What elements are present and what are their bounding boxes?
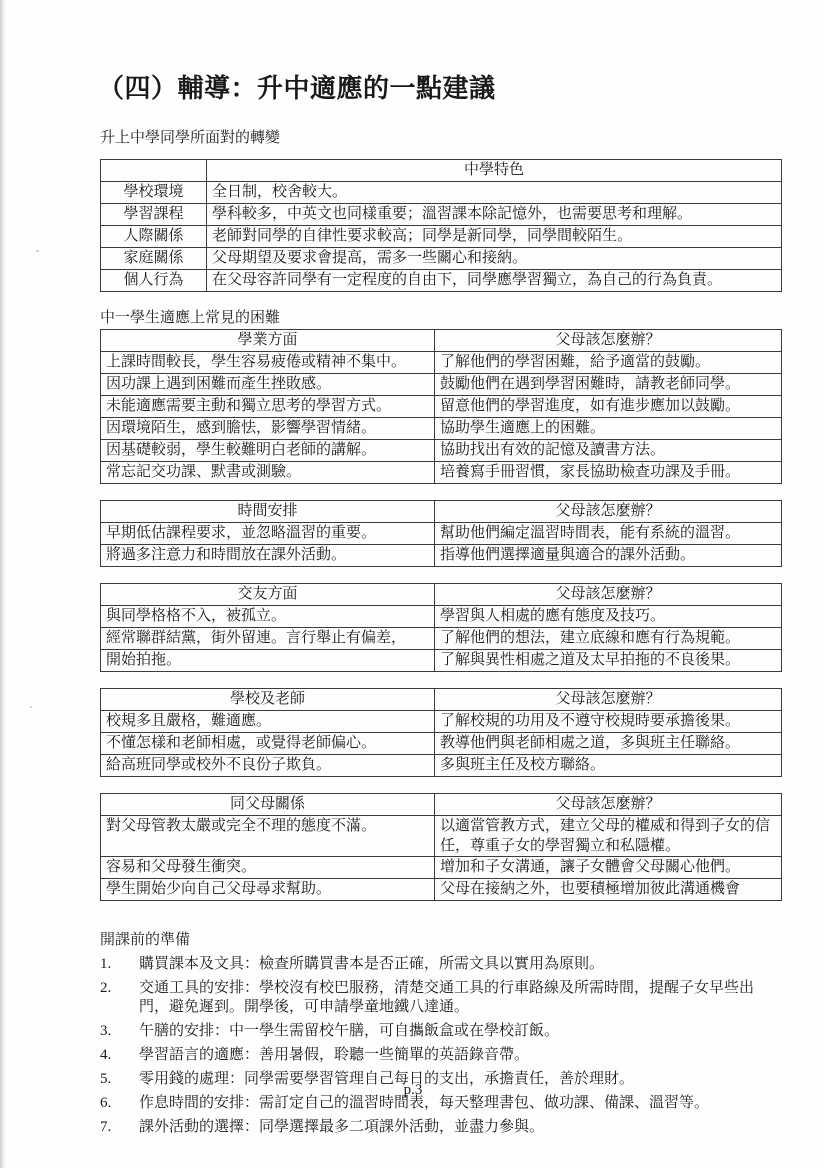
cell-text: 協助學生適應上的困難。 — [435, 418, 782, 440]
table-row: 學生開始少向自己父母尋求幫助。 父母在接納之外，也要積極增加彼此溝通機會 — [101, 879, 782, 901]
column-header: 學校及老師 — [101, 689, 435, 711]
table-parent-relationship: 同父母關係 父母該怎麼辦？ 對父母管教太嚴或完全不理的態度不滿。 以適當管教方式… — [100, 793, 782, 901]
table-header-row: 學校及老師 父母該怎麼辦？ — [101, 689, 782, 711]
cell-text: 學習與人相處的應有態度及技巧。 — [435, 606, 782, 628]
page-number: p.3 — [0, 1082, 826, 1099]
cell-text: 早期低估課程要求，並忽略溫習的重要。 — [101, 523, 435, 545]
table-row: 因環境陌生，感到膽怯，影響學習情緒。 協助學生適應上的困難。 — [101, 418, 782, 440]
table-academic: 學業方面 父母該怎麼辦？ 上課時間較長，學生容易疲倦或精神不集中。 了解他們的學… — [100, 329, 782, 484]
list-item: 4. 學習語言的適應：善用暑假，聆聽一些簡單的英語錄音帶。 — [100, 1046, 782, 1065]
list-item-number: 2. — [100, 979, 139, 1017]
cell-text: 增加和子女溝通，讓子女體會父母關心他們。 — [435, 857, 782, 879]
document-title: （四）輔導：升中適應的一點建議 — [98, 68, 782, 105]
cell-text: 校規多且嚴格，難適應。 — [101, 711, 435, 733]
changes-heading: 升上中學同學所面對的轉變 — [100, 126, 782, 147]
table-row: 未能適應需要主動和獨立思考的學習方式。 留意他們的學習進度，如有進步應加以鼓勵。 — [101, 396, 782, 418]
cell-text: 學科較多，中英文也同樣重要；溫習課本除記憶外，也需要思考和理解。 — [207, 204, 782, 226]
table-row: 個人行為 在父母容許同學有一定程度的自由下，同學應學習獨立，為自己的行為負責。 — [101, 270, 782, 292]
cell-text: 將過多注意力和時間放在課外活動。 — [101, 545, 435, 567]
table-row: 給高班同學或校外不良份子欺負。 多與班主任及校方聯絡。 — [101, 755, 782, 777]
scan-speck — [36, 250, 39, 252]
difficulties-heading: 中一學生適應上常見的困難 — [100, 306, 782, 327]
cell-text: 學生開始少向自己父母尋求幫助。 — [101, 879, 435, 901]
table-row: 開始拍拖。 了解與異性相處之道及太早拍拖的不良後果。 — [101, 650, 782, 672]
table-header-row: 學業方面 父母該怎麼辦？ — [101, 330, 782, 352]
cell-text: 因基礎較弱，學生較難明白老師的講解。 — [101, 440, 435, 462]
cell-text: 了解他們的想法，建立底線和應有行為規範。 — [435, 628, 782, 650]
cell-text: 上課時間較長，學生容易疲倦或精神不集中。 — [101, 352, 435, 374]
table-row: 學校環境 全日制，校舍較大。 — [101, 182, 782, 204]
table-header-row: 時間安排 父母該怎麼辦？ — [101, 501, 782, 523]
table-time-management: 時間安排 父母該怎麼辦？ 早期低估課程要求，並忽略溫習的重要。 幫助他們編定溫習… — [100, 500, 782, 567]
table-friendship: 交友方面 父母該怎麼辦？ 與同學格格不入，被孤立。 學習與人相處的應有態度及技巧… — [100, 583, 782, 672]
table-row: 校規多且嚴格，難適應。 了解校規的功用及不遵守校規時要承擔後果。 — [101, 711, 782, 733]
cell-text: 容易和父母發生衝突。 — [101, 857, 435, 879]
row-label: 學校環境 — [101, 182, 207, 204]
list-item-text: 學習語言的適應：善用暑假，聆聽一些簡單的英語錄音帶。 — [139, 1046, 782, 1065]
cell-text: 幫助他們編定溫習時間表，能有系統的溫習。 — [435, 523, 782, 545]
column-header: 父母該怎麼辦？ — [435, 501, 782, 523]
column-header: 父母該怎麼辦？ — [435, 584, 782, 606]
column-header-empty — [101, 160, 207, 182]
row-label: 學習課程 — [101, 204, 207, 226]
list-item-number: 7. — [100, 1118, 139, 1137]
table-row: 將過多注意力和時間放在課外活動。 指導他們選擇適量與適合的課外活動。 — [101, 545, 782, 567]
list-item: 3. 午膳的安排：中一學生需留校午膳，可自攜飯盒或在學校訂飯。 — [100, 1022, 782, 1041]
column-header: 時間安排 — [101, 501, 435, 523]
cell-text: 父母在接納之外，也要積極增加彼此溝通機會 — [435, 879, 782, 901]
table-row: 家庭關係 父母期望及要求會提高，需多一些關心和接納。 — [101, 248, 782, 270]
cell-text: 給高班同學或校外不良份子欺負。 — [101, 755, 435, 777]
cell-text: 因功課上遇到困難而產生挫敗感。 — [101, 374, 435, 396]
cell-text: 留意他們的學習進度，如有進步應加以鼓勵。 — [435, 396, 782, 418]
column-header: 同父母關係 — [101, 794, 435, 816]
table-school-features: 中學特色 學校環境 全日制，校舍較大。 學習課程 學科較多，中英文也同樣重要；溫… — [100, 159, 782, 292]
column-header: 交友方面 — [101, 584, 435, 606]
list-item-number: 1. — [100, 955, 139, 974]
table-row: 與同學格格不入，被孤立。 學習與人相處的應有態度及技巧。 — [101, 606, 782, 628]
cell-text: 未能適應需要主動和獨立思考的學習方式。 — [101, 396, 435, 418]
cell-text: 了解他們的學習困難，給予適當的鼓勵。 — [435, 352, 782, 374]
row-label: 個人行為 — [101, 270, 207, 292]
table-row: 因基礎較弱，學生較難明白老師的講解。 協助找出有效的記憶及讀書方法。 — [101, 440, 782, 462]
document-page: （四）輔導：升中適應的一點建議 升上中學同學所面對的轉變 中學特色 學校環境 全… — [100, 0, 782, 1142]
cell-text: 全日制，校舍較大。 — [207, 182, 782, 204]
table-row: 不懂怎樣和老師相處，或覺得老師偏心。 教導他們與老師相處之道，多與班主任聯絡。 — [101, 733, 782, 755]
table-row: 早期低估課程要求，並忽略溫習的重要。 幫助他們編定溫習時間表，能有系統的溫習。 — [101, 523, 782, 545]
preparation-heading: 開課前的準備 — [100, 928, 782, 949]
list-item: 1. 購買課本及文具：檢查所購買書本是否正確，所需文具以實用為原則。 — [100, 955, 782, 974]
table-row: 上課時間較長，學生容易疲倦或精神不集中。 了解他們的學習困難，給予適當的鼓勵。 — [101, 352, 782, 374]
preparation-list: 1. 購買課本及文具：檢查所購買書本是否正確，所需文具以實用為原則。 2. 交通… — [100, 955, 782, 1137]
cell-text: 開始拍拖。 — [101, 650, 435, 672]
cell-text: 培養寫手冊習慣，家長協助檢查功課及手冊。 — [435, 462, 782, 484]
column-header: 父母該怎麼辦？ — [435, 330, 782, 352]
table-row: 對父母管教太嚴或完全不理的態度不滿。 以適當管教方式，建立父母的權威和得到子女的… — [101, 816, 782, 857]
row-label: 人際關係 — [101, 226, 207, 248]
column-header: 父母該怎麼辦？ — [435, 689, 782, 711]
list-item-number: 4. — [100, 1046, 139, 1065]
list-item-text: 午膳的安排：中一學生需留校午膳，可自攜飯盒或在學校訂飯。 — [139, 1022, 782, 1041]
table-header-row: 同父母關係 父母該怎麼辦？ — [101, 794, 782, 816]
cell-text: 多與班主任及校方聯絡。 — [435, 755, 782, 777]
table-row: 容易和父母發生衝突。 增加和子女溝通，讓子女體會父母關心他們。 — [101, 857, 782, 879]
table-row: 人際關係 老師對同學的自律性要求較高；同學是新同學，同學間較陌生。 — [101, 226, 782, 248]
column-header: 學業方面 — [101, 330, 435, 352]
list-item-text: 課外活動的選擇：同學選擇最多二項課外活動，並盡力參與。 — [139, 1118, 782, 1137]
cell-text: 不懂怎樣和老師相處，或覺得老師偏心。 — [101, 733, 435, 755]
scan-speck — [30, 706, 32, 708]
table-header-row: 中學特色 — [101, 160, 782, 182]
cell-text: 父母期望及要求會提高，需多一些關心和接納。 — [207, 248, 782, 270]
column-header: 中學特色 — [207, 160, 782, 182]
cell-text: 了解與異性相處之道及太早拍拖的不良後果。 — [435, 650, 782, 672]
cell-text: 在父母容許同學有一定程度的自由下，同學應學習獨立，為自己的行為負責。 — [207, 270, 782, 292]
cell-text: 常忘記交功課、默書或測驗。 — [101, 462, 435, 484]
table-school-teachers: 學校及老師 父母該怎麼辦？ 校規多且嚴格，難適應。 了解校規的功用及不遵守校規時… — [100, 688, 782, 777]
row-label: 家庭關係 — [101, 248, 207, 270]
table-row: 常忘記交功課、默書或測驗。 培養寫手冊習慣，家長協助檢查功課及手冊。 — [101, 462, 782, 484]
table-row: 因功課上遇到困難而產生挫敗感。 鼓勵他們在遇到學習困難時，請教老師同學。 — [101, 374, 782, 396]
list-item-text: 購買課本及文具：檢查所購買書本是否正確，所需文具以實用為原則。 — [139, 955, 782, 974]
list-item-text: 交通工具的安排：學校沒有校巴服務，清楚交通工具的行車路線及所需時間，提醒子女早些… — [139, 979, 782, 1017]
cell-text: 鼓勵他們在遇到學習困難時，請教老師同學。 — [435, 374, 782, 396]
cell-text: 老師對同學的自律性要求較高；同學是新同學，同學間較陌生。 — [207, 226, 782, 248]
cell-text: 以適當管教方式，建立父母的權威和得到子女的信任，尊重子女的學習獨立和私隱權。 — [435, 816, 782, 857]
table-row: 學習課程 學科較多，中英文也同樣重要；溫習課本除記憶外，也需要思考和理解。 — [101, 204, 782, 226]
cell-text: 對父母管教太嚴或完全不理的態度不滿。 — [101, 816, 435, 857]
cell-text: 與同學格格不入，被孤立。 — [101, 606, 435, 628]
cell-text: 指導他們選擇適量與適合的課外活動。 — [435, 545, 782, 567]
cell-text: 經常聯群結黨，街外留連。言行舉止有偏差， — [101, 628, 435, 650]
cell-text: 教導他們與老師相處之道，多與班主任聯絡。 — [435, 733, 782, 755]
table-header-row: 交友方面 父母該怎麼辦？ — [101, 584, 782, 606]
column-header: 父母該怎麼辦？ — [435, 794, 782, 816]
list-item-number: 3. — [100, 1022, 139, 1041]
table-row: 經常聯群結黨，街外留連。言行舉止有偏差， 了解他們的想法，建立底線和應有行為規範… — [101, 628, 782, 650]
scan-edge-artifact — [0, 0, 6, 1168]
cell-text: 協助找出有效的記憶及讀書方法。 — [435, 440, 782, 462]
list-item: 2. 交通工具的安排：學校沒有校巴服務，清楚交通工具的行車路線及所需時間，提醒子… — [100, 979, 782, 1017]
cell-text: 了解校規的功用及不遵守校規時要承擔後果。 — [435, 711, 782, 733]
list-item: 7. 課外活動的選擇：同學選擇最多二項課外活動，並盡力參與。 — [100, 1118, 782, 1137]
cell-text: 因環境陌生，感到膽怯，影響學習情緒。 — [101, 418, 435, 440]
